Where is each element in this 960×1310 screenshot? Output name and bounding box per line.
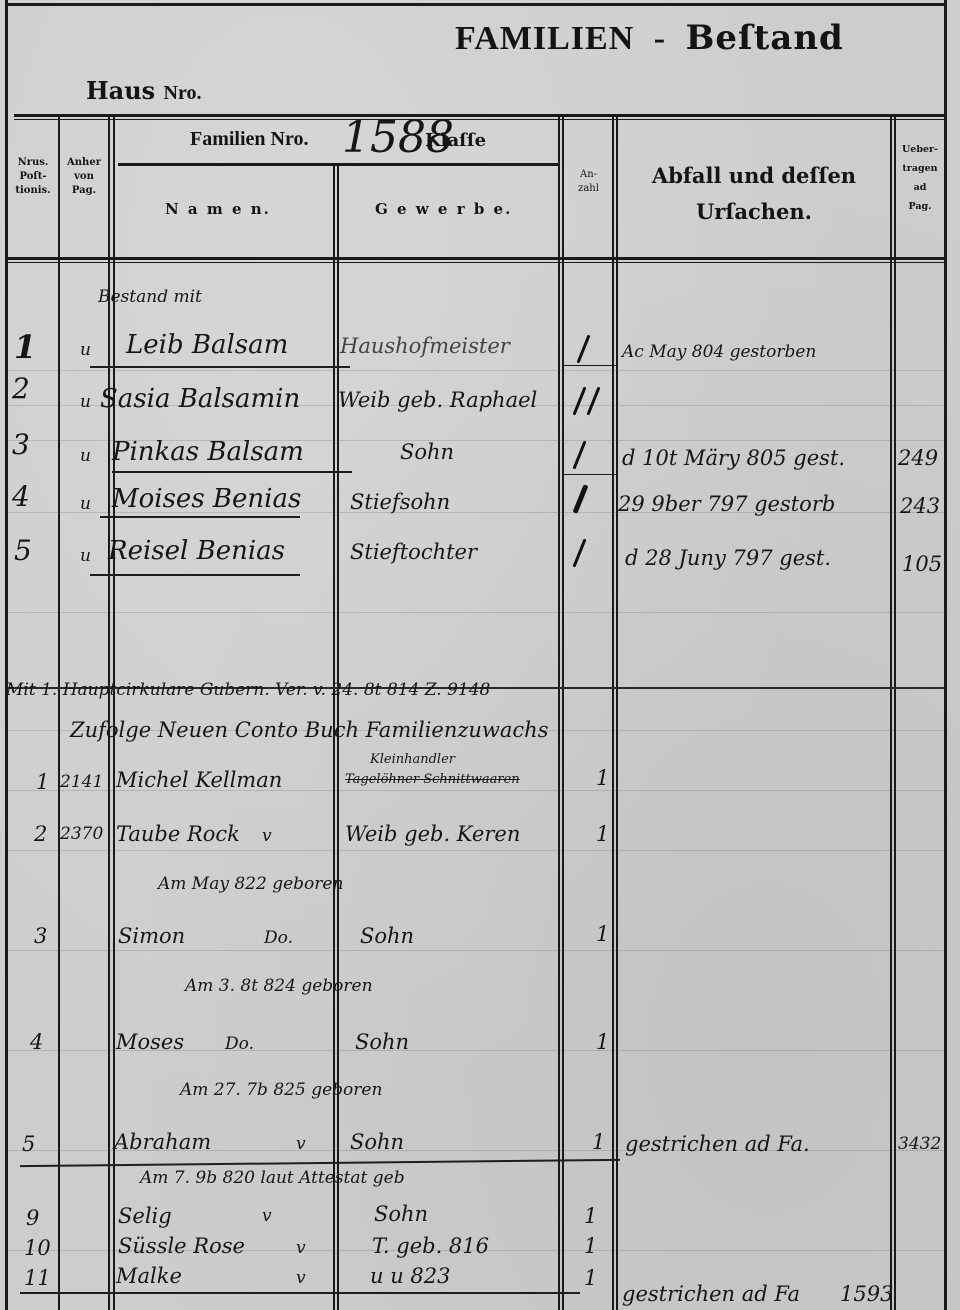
col-rule-4 bbox=[558, 117, 560, 1310]
col-header-namen: N a m e n. bbox=[165, 200, 271, 218]
col-header-gewerbe: G e w e r b e. bbox=[375, 200, 512, 218]
anzahl-mark bbox=[576, 335, 590, 364]
haus-text: Haus bbox=[86, 76, 155, 105]
row-nr: 3 bbox=[34, 924, 47, 948]
row-name: Taube Rock bbox=[116, 822, 240, 846]
row-gewerbe: Weib geb. Keren bbox=[345, 822, 520, 846]
row-name: Sasia Balsamin bbox=[100, 384, 300, 414]
nrus-line2: Poſt- bbox=[8, 170, 58, 184]
row-pag: 105 bbox=[902, 552, 942, 576]
ruled-line bbox=[8, 612, 945, 613]
row-nr: 10 bbox=[24, 1236, 51, 1260]
row-anzahl: 1 bbox=[584, 1234, 597, 1258]
row-mark: Do. bbox=[264, 928, 293, 948]
row-gewerbe: Sohn bbox=[400, 440, 454, 464]
row-anher: u bbox=[80, 392, 91, 412]
anher-line1: Anher bbox=[60, 156, 108, 170]
ueber-line2: tragen bbox=[896, 159, 944, 178]
frame-top bbox=[8, 3, 944, 6]
col-header-anzahl: An- zahl bbox=[565, 168, 612, 196]
row-anzahl: 1 bbox=[584, 1204, 597, 1228]
row-anzahl: 1 bbox=[592, 1130, 605, 1154]
col-rule-6b bbox=[894, 117, 896, 1310]
nrus-line3: tionis. bbox=[8, 184, 58, 198]
row-mark: v bbox=[296, 1238, 306, 1258]
row-gewerbe: Sohn bbox=[374, 1202, 428, 1226]
row-name: Malke bbox=[116, 1264, 182, 1288]
row-nr: 1 bbox=[36, 770, 49, 794]
row-anher: 2370 bbox=[60, 824, 103, 844]
row-nr: 11 bbox=[24, 1266, 51, 1290]
row-gewerbe-top: Kleinhandler bbox=[370, 752, 455, 767]
frame-right bbox=[944, 0, 947, 1310]
section2-header-line: Mit 1. Hauptcirkulare Gubern. Ver. v. 24… bbox=[6, 680, 490, 700]
familien-subrule bbox=[118, 163, 560, 166]
row-mark: Do. bbox=[225, 1034, 254, 1054]
row-nr: 3 bbox=[12, 428, 30, 461]
col-rule-1 bbox=[58, 117, 60, 1310]
row-nr: 4 bbox=[12, 480, 30, 513]
birth-note: Am 7. 9b 820 laut Attestat geb bbox=[140, 1168, 405, 1188]
row-mark: v bbox=[296, 1134, 306, 1154]
ruled-line bbox=[8, 950, 945, 951]
row-abfall: d 10t Märy 805 gest. bbox=[622, 446, 845, 470]
row-gewerbe: Sohn bbox=[360, 924, 414, 948]
row-anher: 2141 bbox=[60, 772, 103, 792]
row-gewerbe: Stieftochter bbox=[350, 540, 477, 564]
col-header-uebertragen: Ueber- tragen ad Pag. bbox=[896, 140, 944, 216]
row-abfall: 29 9ber 797 gestorb bbox=[618, 492, 835, 516]
col-rule-5 bbox=[612, 117, 614, 1310]
col-rule-5b bbox=[616, 117, 618, 1310]
row-abfall: gestrichen ad Fa. bbox=[625, 1132, 810, 1156]
malke-strike bbox=[20, 1292, 580, 1294]
row-anher: u bbox=[80, 494, 91, 514]
row-anzahl: 1 bbox=[584, 1266, 597, 1290]
haus-label: Haus Nro. bbox=[86, 76, 202, 105]
row-anzahl: 1 bbox=[596, 822, 609, 846]
row-name: Pinkas Balsam bbox=[112, 437, 304, 467]
header-top-rule-2 bbox=[14, 119, 944, 120]
row-gewerbe: T. geb. 816 bbox=[372, 1234, 489, 1258]
row-gewerbe: Haushofmeister bbox=[340, 334, 510, 358]
abraham-strike bbox=[20, 1159, 620, 1167]
birth-note: Am 3. 8t 824 geboren bbox=[185, 976, 373, 996]
ueber-line3: ad bbox=[896, 178, 944, 197]
row-nr: 2 bbox=[12, 372, 30, 405]
title-dash: - bbox=[654, 20, 666, 57]
anzahl-mark bbox=[572, 441, 586, 470]
row-gewerbe: Sohn bbox=[355, 1030, 409, 1054]
row-name: Moses bbox=[116, 1030, 184, 1054]
row-gewerbe: Tagelöhner Schnittwaaren bbox=[345, 772, 520, 787]
row-name: Michel Kellman bbox=[116, 768, 282, 792]
row-abfall: d 28 Juny 797 gest. bbox=[625, 546, 831, 570]
row-name: Selig bbox=[118, 1204, 172, 1228]
row-gewerbe: Weib geb. Raphael bbox=[338, 388, 537, 412]
row-gewerbe: Sohn bbox=[350, 1130, 404, 1154]
col-rule-6 bbox=[890, 117, 892, 1310]
anzahl-mark bbox=[573, 484, 589, 514]
anzahl-mark bbox=[572, 387, 586, 416]
klasse-label: Klaſſe bbox=[425, 130, 486, 151]
row-pag: 249 bbox=[898, 446, 938, 470]
row-nr: 1 bbox=[14, 328, 36, 366]
row-abfall: Ac May 804 gestorben bbox=[622, 342, 816, 362]
row-divider bbox=[562, 365, 618, 366]
section1-intro: Bestand mit bbox=[98, 287, 202, 307]
ueber-line1: Ueber- bbox=[896, 140, 944, 159]
ruled-line bbox=[8, 850, 945, 851]
name-underline bbox=[90, 366, 350, 368]
row-name: Moises Benias bbox=[112, 484, 301, 514]
row-name: Simon bbox=[118, 924, 185, 948]
col-header-anher: Anher von Pag. bbox=[60, 156, 108, 198]
col-rule-4b bbox=[562, 117, 564, 1310]
row-anzahl: 1 bbox=[596, 766, 609, 790]
nrus-line1: Nrus. bbox=[8, 156, 58, 170]
row-anher: u bbox=[80, 340, 91, 360]
section2-header-line2: Zufolge Neuen Conto Buch Familienzuwachs bbox=[70, 718, 549, 742]
row-nr: 4 bbox=[30, 1030, 43, 1054]
col-header-nrus: Nrus. Poſt- tionis. bbox=[8, 156, 58, 198]
anzahl-line1: An- bbox=[565, 168, 612, 182]
ruled-line bbox=[8, 370, 945, 371]
row-gewerbe: Stiefsohn bbox=[350, 490, 450, 514]
row-divider bbox=[562, 474, 618, 475]
title-familien: FAMILIEN bbox=[455, 20, 634, 57]
abfall-line2: Urſachen. bbox=[618, 194, 890, 230]
row-nr: 5 bbox=[22, 1132, 35, 1156]
name-underline bbox=[112, 471, 352, 473]
ueber-line4: Pag. bbox=[896, 197, 944, 216]
anzahl-line2: zahl bbox=[565, 182, 612, 196]
anzahl-mark bbox=[572, 539, 586, 568]
row-anher: u bbox=[80, 546, 91, 566]
birth-note: Am May 822 geboren bbox=[158, 874, 343, 894]
row-pag: 3432 bbox=[898, 1134, 941, 1154]
row-gewerbe: u u 823 bbox=[370, 1264, 450, 1288]
name-underline bbox=[100, 516, 300, 518]
header-bottom-rule bbox=[8, 257, 944, 260]
row-pag: 243 bbox=[900, 494, 940, 518]
row-mark: v bbox=[262, 1206, 272, 1226]
abfall-line1: Abfall und deſſen bbox=[618, 158, 890, 194]
row-name: Süssle Rose bbox=[118, 1234, 245, 1258]
anzahl-mark bbox=[586, 387, 600, 416]
name-underline bbox=[90, 574, 300, 576]
haus-nro: Nro. bbox=[164, 82, 202, 104]
row-mark: v bbox=[262, 826, 272, 846]
anher-line2: von bbox=[60, 170, 108, 184]
row-nr: 2 bbox=[34, 822, 47, 846]
row-nr: 5 bbox=[14, 534, 32, 567]
anher-line3: Pag. bbox=[60, 184, 108, 198]
row-anher: u bbox=[80, 446, 91, 466]
header-top-rule bbox=[14, 114, 944, 117]
row-name: Abraham bbox=[114, 1130, 211, 1154]
row-anzahl: 1 bbox=[596, 1030, 609, 1054]
birth-note: Am 27. 7b 825 geboren bbox=[180, 1080, 382, 1100]
row-nr: 9 bbox=[26, 1206, 39, 1230]
familien-nro-label: Familien Nro. bbox=[190, 128, 309, 151]
row-name: Reisel Benias bbox=[108, 536, 285, 566]
row-pag: 1593 bbox=[840, 1282, 893, 1306]
form-title: FAMILIEN - Beſtand bbox=[455, 18, 844, 58]
col-header-abfall: Abfall und deſſen Urſachen. bbox=[618, 158, 890, 230]
header-bottom-rule-2 bbox=[8, 262, 944, 263]
row-mark: v bbox=[296, 1268, 306, 1288]
register-page: FAMILIEN - Beſtand Haus Nro. Nrus. Poſt-… bbox=[0, 0, 960, 1310]
row-name: Leib Balsam bbox=[126, 330, 288, 360]
row-abfall: gestrichen ad Fa bbox=[622, 1282, 800, 1306]
row-anzahl: 1 bbox=[596, 922, 609, 946]
title-bestand: Beſtand bbox=[686, 18, 844, 58]
